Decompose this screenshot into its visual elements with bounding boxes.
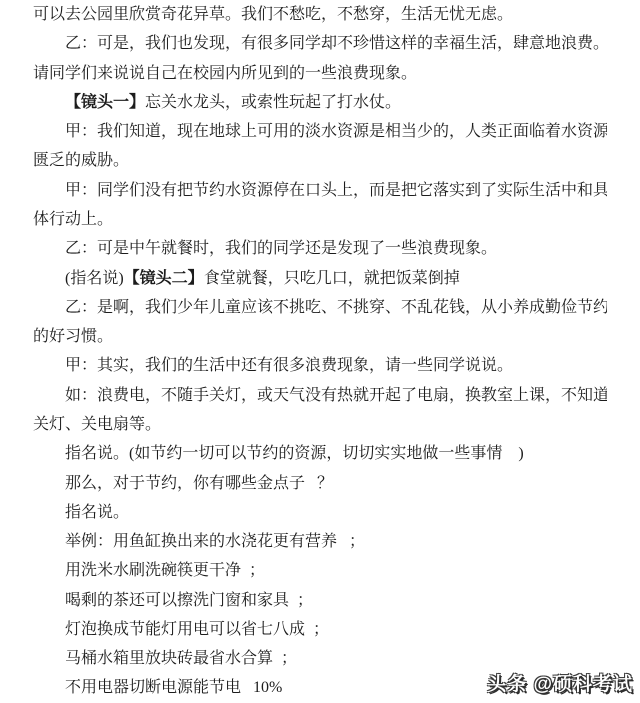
- text-line: 甲：同学们没有把节约水资源停在口头上，而是把它落实到了实际生活中和具: [33, 176, 607, 205]
- text-line: 灯泡换成节能灯用电可以省七八成 ；: [33, 615, 607, 644]
- text-segment: 匮乏的威胁。: [33, 152, 129, 169]
- text-line: 请同学们来说说自己在校园内所见到的一些浪费现象。: [33, 59, 607, 88]
- text-segment: 关灯、关电扇等。: [33, 416, 161, 433]
- watermark: 头条 @硕科考试: [487, 669, 633, 696]
- text-segment: 食堂就餐，只吃几口，就把饭菜倒掉: [204, 270, 460, 287]
- text-segment: 不用电器切断电源能节电 10%: [65, 679, 282, 696]
- text-line: 的好习惯。: [33, 322, 607, 351]
- text-segment: 甲：其实，我们的生活中还有很多浪费现象，请一些同学说说。: [65, 357, 513, 374]
- text-line: 乙：可是，我们也发现，有很多同学却不珍惜这样的幸福生活，肆意地浪费。: [33, 29, 607, 58]
- text-segment: 甲：同学们没有把节约水资源停在口头上，而是把它落实到了实际生活中和具: [65, 182, 607, 199]
- text-segment: 的好习惯。: [33, 328, 113, 345]
- text-line: 指名说。: [33, 498, 607, 527]
- text-segment: 体行动上。: [33, 211, 113, 228]
- text-segment: 请同学们来说说自己在校园内所见到的一些浪费现象。: [33, 65, 417, 82]
- text-segment: 那么，对于节约，你有哪些金点子 ？: [65, 475, 333, 492]
- text-segment: 举例：用鱼缸换出来的水浇花更有营养 ；: [65, 533, 365, 550]
- text-segment: (指名说): [65, 270, 124, 287]
- text-segment: 灯泡换成节能灯用电可以省七八成 ；: [65, 621, 329, 638]
- text-line: 喝剩的茶还可以擦洗门窗和家具 ；: [33, 586, 607, 615]
- bold-text-segment: 【镜头二】: [124, 270, 204, 287]
- text-line: 【镜头一】忘关水龙头，或索性玩起了打水仗。: [33, 88, 607, 117]
- text-segment: 指名说。: [65, 504, 129, 521]
- text-line: 乙：是啊，我们少年儿童应该不挑吃、不挑穿、不乱花钱，从小养成勤俭节约: [33, 293, 607, 322]
- document-body: 可以去公园里欣赏奇花异草。我们不愁吃，不愁穿，生活无忧无虑。乙：可是，我们也发现…: [0, 0, 640, 703]
- text-line: 用洗米水刷洗碗筷更干净 ；: [33, 556, 607, 585]
- text-segment: 如：浪费电，不随手关灯，或天气没有热就开起了电扇，换教室上课，不知道: [65, 387, 607, 404]
- text-line: 可以去公园里欣赏奇花异草。我们不愁吃，不愁穿，生活无忧无虑。: [33, 0, 607, 29]
- text-segment: 可以去公园里欣赏奇花异草。我们不愁吃，不愁穿，生活无忧无虑。: [33, 6, 513, 23]
- text-segment: 用洗米水刷洗碗筷更干净 ；: [65, 562, 265, 579]
- text-line: 指名说。(如节约一切可以节约的资源，切切实实地做一些事情 ): [33, 439, 607, 468]
- text-line: 那么，对于节约，你有哪些金点子 ？: [33, 469, 607, 498]
- text-segment: 乙：可是，我们也发现，有很多同学却不珍惜这样的幸福生活，肆意地浪费。: [65, 35, 607, 52]
- text-line: 如：浪费电，不随手关灯，或天气没有热就开起了电扇，换教室上课，不知道: [33, 381, 607, 410]
- text-segment: 乙：是啊，我们少年儿童应该不挑吃、不挑穿、不乱花钱，从小养成勤俭节约: [65, 299, 607, 316]
- text-segment: 忘关水龙头，或索性玩起了打水仗。: [145, 94, 401, 111]
- text-segment: 喝剩的茶还可以擦洗门窗和家具 ；: [65, 592, 313, 609]
- text-line: 乙：可是中午就餐时，我们的同学还是发现了一些浪费现象。: [33, 234, 607, 263]
- document-page: 可以去公园里欣赏奇花异草。我们不愁吃，不愁穿，生活无忧无虑。乙：可是，我们也发现…: [0, 0, 640, 703]
- text-segment: 甲：我们知道，现在地球上可用的淡水资源是相当少的，人类正面临着水资源: [65, 123, 607, 140]
- text-line: 体行动上。: [33, 205, 607, 234]
- text-line: 匮乏的威胁。: [33, 146, 607, 175]
- text-segment: 指名说。(如节约一切可以节约的资源，切切实实地做一些事情 ): [65, 445, 524, 462]
- text-line: (指名说)【镜头二】食堂就餐，只吃几口，就把饭菜倒掉: [33, 264, 607, 293]
- text-line: 甲：我们知道，现在地球上可用的淡水资源是相当少的，人类正面临着水资源: [33, 117, 607, 146]
- text-line: 甲：其实，我们的生活中还有很多浪费现象，请一些同学说说。: [33, 351, 607, 380]
- text-segment: 乙：可是中午就餐时，我们的同学还是发现了一些浪费现象。: [65, 240, 497, 257]
- text-line: 举例：用鱼缸换出来的水浇花更有营养 ；: [33, 527, 607, 556]
- text-line: 关灯、关电扇等。: [33, 410, 607, 439]
- text-segment: 马桶水箱里放块砖最省水合算 ；: [65, 650, 297, 667]
- bold-text-segment: 【镜头一】: [65, 94, 145, 111]
